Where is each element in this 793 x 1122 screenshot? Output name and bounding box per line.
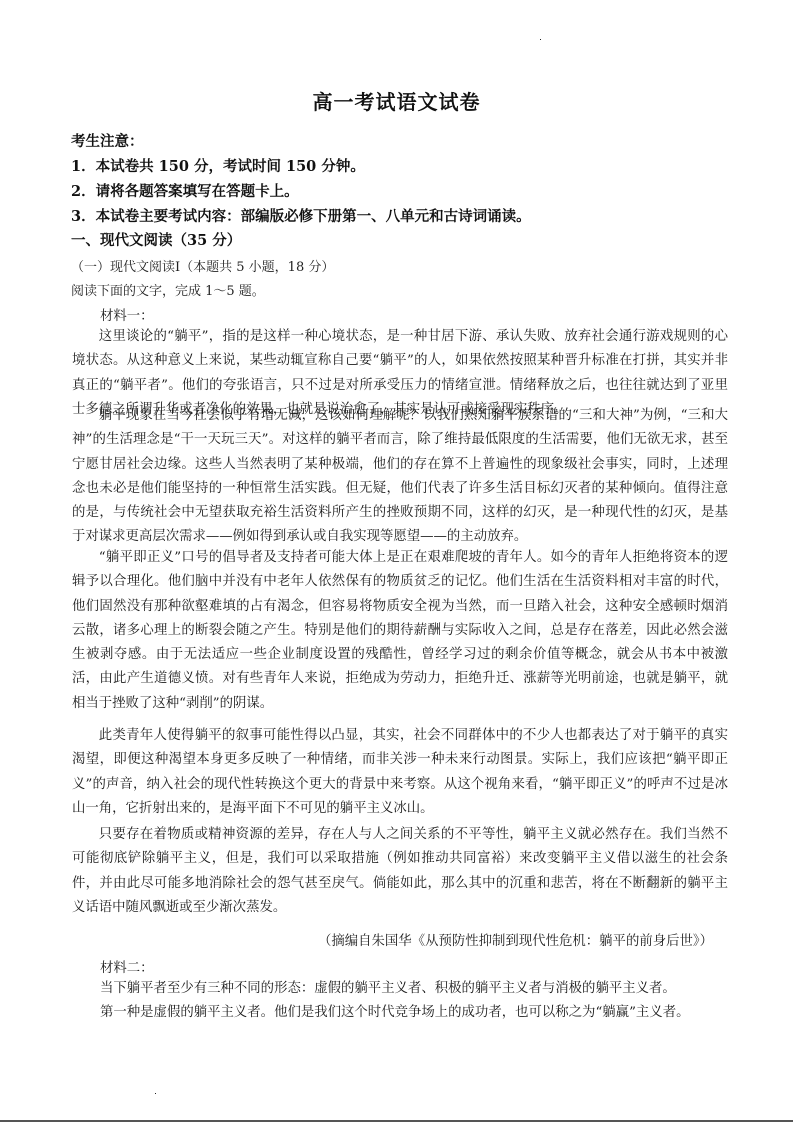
material-one-paragraph: 只要存在着物质或精神资源的差异，存在人与人之间关系的不平等性，躺平主义就必然存在… xyxy=(72,823,728,920)
section-instruction: 阅读下面的文字，完成 1～5 题。 xyxy=(71,280,265,299)
material-one-source: （摘编自朱国华《从预防性抑制到现代性危机：躺平的前身后世》） xyxy=(318,930,713,949)
scan-speck xyxy=(540,39,541,40)
notice-item: 1．本试卷共 150 分，考试时间 150 分钟。 xyxy=(71,155,365,176)
exam-page: 高一考试语文试卷 考生注意： 1．本试卷共 150 分，考试时间 150 分钟。… xyxy=(0,0,793,1122)
material-two-paragraph: 当下躺平者至少有三种不同的形态：虚假的躺平主义者、积极的躺平主义者与消极的躺平主… xyxy=(100,977,740,1001)
notice-item: 3．本试卷主要考试内容：部编版必修下册第一、八单元和古诗词诵读。 xyxy=(71,205,531,226)
material-two-label: 材料二： xyxy=(100,957,154,976)
material-one-paragraph: 躺平现象在当今社会似乎有增无减，这该如何理解呢？以我们熟知躺平族系谱的“三和大神… xyxy=(72,404,728,550)
material-one-paragraph: “躺平即正义”口号的倡导者及支持者可能大体上是正在艰难爬坡的青年人。如今的青年人… xyxy=(72,546,728,716)
page-title: 高一考试语文试卷 xyxy=(0,86,793,115)
section-heading: 一、现代文阅读（35 分） xyxy=(71,229,241,250)
scan-speck xyxy=(155,1093,156,1094)
material-two-paragraph: 第一种是虚假的躺平主义者。他们是我们这个时代竞争场上的成功者，也可以称之为“躺赢… xyxy=(100,1001,740,1025)
material-one-paragraph: 此类青年人使得躺平的叙事可能性得以凸显，其实，社会不同群体中的不少人也都表达了对… xyxy=(72,724,728,821)
notice-heading: 考生注意： xyxy=(71,130,144,151)
section-subheading: （一）现代文阅读Ⅰ（本题共 5 小题，18 分） xyxy=(71,256,334,275)
notice-item: 2．请将各题答案填写在答题卡上。 xyxy=(71,180,299,201)
material-one-label: 材料一： xyxy=(100,305,154,324)
